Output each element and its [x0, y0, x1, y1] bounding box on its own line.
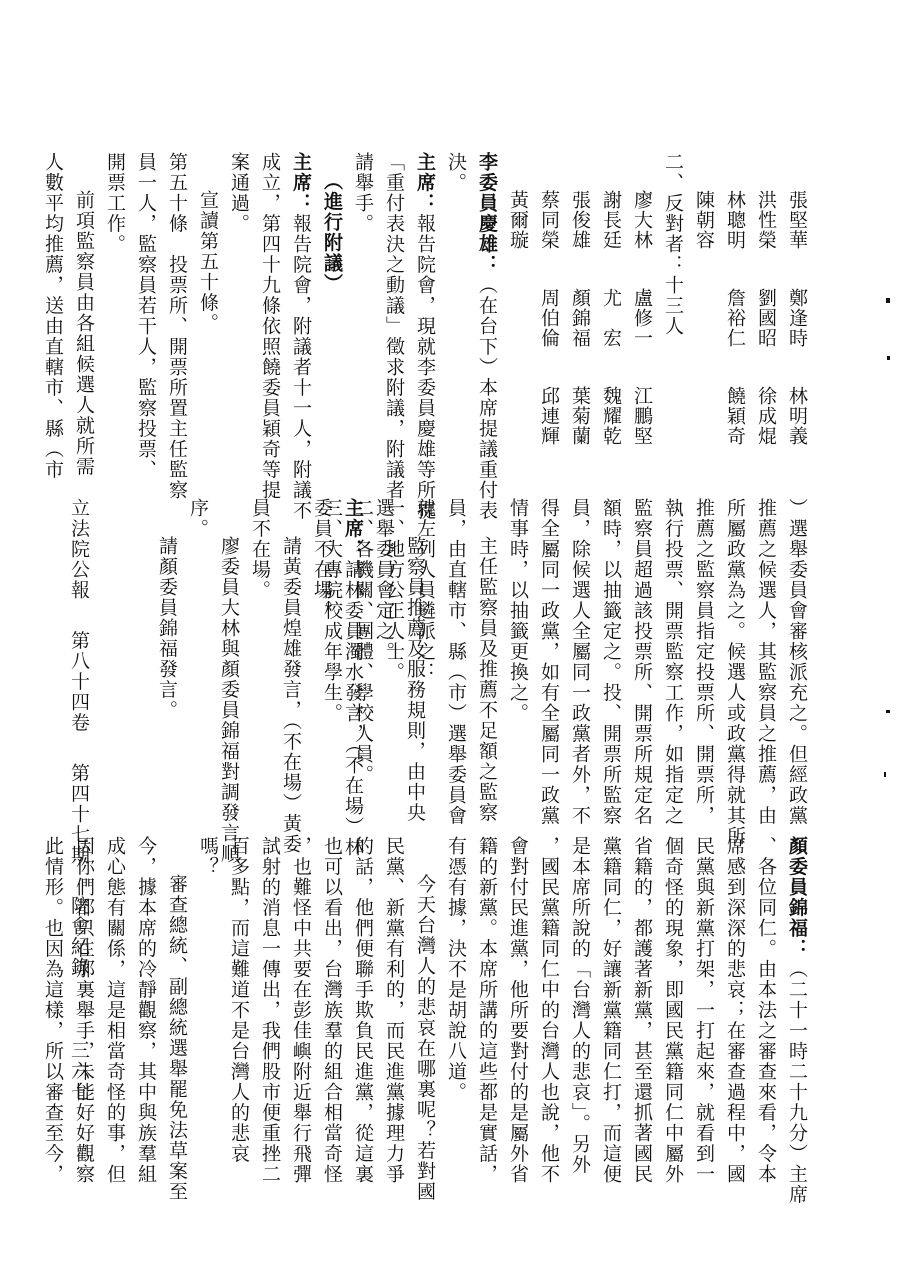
scan-speck — [886, 298, 890, 303]
scan-speck — [886, 710, 890, 713]
article-line: 開票工作。 — [99, 152, 130, 532]
article-line: 額時，以抽籤定之。投、開票所監察 — [595, 498, 626, 828]
article-line: 第五十條 投票所、開票所置主任監察 — [161, 152, 192, 532]
speech-line: 黨籍同仁，好讓新黨籍同仁打，而這便 — [595, 836, 626, 1216]
article-line: ）選舉委員會審核派充之。但經政黨 — [781, 498, 812, 828]
article-line: 監察員推薦及服務規則，由中央 — [399, 498, 430, 828]
speaker-label: 主席： — [290, 152, 312, 214]
scan-speck — [887, 356, 890, 360]
speech-line: ，也難怪中共要在彭佳嶼附近舉行飛彈 — [285, 836, 316, 1216]
page-footer: 立法院公報第八十四卷第四十七期院會紀錄 — [66, 498, 93, 978]
speech-line: 宣讀第五十條。 — [192, 152, 223, 532]
name-row: 蔡同榮周伯倫邱連輝 — [533, 152, 564, 532]
speech-line: 民黨與新黨打架，一打起來，就看到一 — [688, 836, 719, 1216]
speech-line: 序。 — [182, 498, 213, 828]
speech-line: 主席：報告院會，附議者十一人，附議不 — [285, 152, 316, 532]
article-line: 推薦之監察員指定投票所、開票所， — [688, 498, 719, 828]
name-row: 林聰明詹裕仁饒穎奇 — [719, 152, 750, 532]
speech-line: ，國民黨籍同仁中的台灣人也說，他不 — [533, 836, 564, 1216]
speech-line: 省籍的，都護著新黨，甚至還抓著國民 — [626, 836, 657, 1216]
speech-line: 決。 — [440, 152, 471, 532]
speech-line: 此情形。也因為這樣，所以審查至今， — [37, 836, 68, 1216]
speech-line: 委員不在場。 — [306, 498, 337, 828]
speech-line: 案通過。 — [223, 152, 254, 532]
speaker-label: 李委員慶雄： — [476, 152, 498, 275]
article-line: 前項監察員由各組候選人就所需 — [68, 152, 99, 532]
article-line: 員，由直轄市、縣（市）選舉委員會 — [440, 498, 471, 828]
name-row: 陳朝容 — [688, 152, 719, 532]
article-line: 員，除候選人全屬同一政黨者外，不 — [564, 498, 595, 828]
speech-line: 請舉手。 — [347, 152, 378, 532]
opponents-heading: 二、反對者：十三人 — [657, 152, 688, 532]
name-row: 黃爾璇 — [502, 152, 533, 532]
speech-line: 民黨、新黨有利的，而民進黨據理力爭 — [378, 836, 409, 1216]
speech-line: 百多點，而這難道不是台灣人的悲哀 — [223, 836, 254, 1216]
speech-line: 今，據本席的冷靜觀察，其中與族羣組 — [130, 836, 161, 1216]
speech-line: 員不在場。 — [244, 498, 275, 828]
speech-line: 會對付民進黨，他所要對付的是屬外省 — [502, 836, 533, 1216]
procedure-note: （進行附議） — [316, 152, 347, 532]
bottom-text-block: 顏委員錦福：（二十一時二十九分）主席 、各位同仁。由本法之審查來看，令本 席感到… — [37, 836, 812, 1216]
speech-line: 、各位同仁。由本法之審查來看，令本 — [750, 836, 781, 1216]
journal-name: 立法院公報 — [68, 498, 90, 601]
article-line: 人數平均推薦，送由直轄市、縣（市 — [37, 152, 68, 532]
article-line: 監察員超過該投票所、開票所規定名 — [626, 498, 657, 828]
speech-line: 也可以看出，台灣族羣的組合相當奇怪 — [316, 836, 347, 1216]
speech-line: 成立，第四十九條依照饒委員穎奇等提 — [254, 152, 285, 532]
article-line: 員一人，監察員若干人，監察投票、 — [130, 152, 161, 532]
article-line: 選舉委員會定之。 — [368, 498, 399, 828]
speech-line: 是本席所說的「台灣人的悲哀」。另外 — [564, 836, 595, 1216]
speaker-label: 顏委員錦福： — [786, 836, 808, 959]
speech-line: 請顏委員錦福發言。 — [151, 498, 182, 828]
name-row: 張堅華鄭逢時林明義 — [781, 152, 812, 532]
speech-line: 顏委員錦福：（二十一時二十九分）主席 — [781, 836, 812, 1216]
speech-line: 試射的消息一傳出，我們股市便重挫二 — [254, 836, 285, 1216]
speech-line: 李委員慶雄：（在台下）本席提議重付表 — [471, 152, 502, 532]
article-line: 執行投票、開票監察工作，如指定之 — [657, 498, 688, 828]
speech-line: 廖委員大林與顏委員錦福對調發言順 — [213, 498, 244, 828]
speech-line: 的話，他們便聯手欺負民進黨，從這裏 — [347, 836, 378, 1216]
speech-line: 主席：請林委員濁水發言，（不在場）林 — [337, 498, 368, 828]
page-number: 三六七 — [66, 1040, 93, 1103]
article-line: 推薦之候選人，其監察員之推薦，由 — [750, 498, 781, 828]
speech-line: 有憑有據，決不是胡說八道。 — [440, 836, 471, 1216]
speech-line: 審查總統、副總統選舉罷免法草案至 — [161, 836, 192, 1216]
top-text-block: 張堅華鄭逢時林明義 洪性榮劉國昭徐成焜 林聰明詹裕仁饒穎奇 陳朝容 二、反對者：… — [37, 152, 812, 532]
speech-line: 主席：報告院會，現就李委員慶雄等所提 — [409, 152, 440, 532]
article-line: 所屬政黨為之。候選人或政黨得就其所 — [719, 498, 750, 828]
speech-line: 嗎？ — [192, 836, 223, 1216]
name-row: 謝長廷尤 宏魏耀乾 — [595, 152, 626, 532]
article-line: 情事時，以抽籤更換之。 — [502, 498, 533, 828]
opponents-name-list: 廖大林盧修一江鵬堅 謝長廷尤 宏魏耀乾 張俊雄顏錦福葉菊蘭 蔡同榮周伯倫邱連輝 … — [502, 152, 657, 532]
name-row: 張俊雄顏錦福葉菊蘭 — [564, 152, 595, 532]
name-row: 廖大林盧修一江鵬堅 — [626, 152, 657, 532]
speaker-label: 主席： — [342, 498, 364, 560]
scan-speck — [884, 772, 886, 777]
speech-line: 今天台灣人的悲哀在哪裏呢？若對國 — [409, 836, 440, 1216]
name-row: 洪性榮劉國昭徐成焜 — [750, 152, 781, 532]
speech-line: 籍的新黨。本席所講的這些都是實話， — [471, 836, 502, 1216]
speech-line: 請黃委員煌雄發言，（不在場）黃委 — [275, 498, 306, 828]
volume-label: 第八十四卷 — [68, 631, 90, 734]
speaker-label: 主席： — [414, 152, 436, 214]
speech-line: 成心態有關係，這是相當奇怪的事，但 — [99, 836, 130, 1216]
speech-line: 「重付表決之動議」徵求附議，附議者 — [378, 152, 409, 532]
speech-line: 個奇怪的現象，即國民黨籍同仁中屬外 — [657, 836, 688, 1216]
supporters-name-list: 張堅華鄭逢時林明義 洪性榮劉國昭徐成焜 林聰明詹裕仁饒穎奇 陳朝容 — [688, 152, 812, 532]
article-line: 主任監察員及推薦不足額之監察 — [471, 498, 502, 828]
article-line: 得全屬同一政黨，如有全屬同一政黨 — [533, 498, 564, 828]
section-label: 院會紀錄 — [68, 896, 90, 978]
issue-label: 第四十七期 — [68, 763, 90, 866]
speech-line: 席感到深深的悲哀；在審查過程中，國 — [719, 836, 750, 1216]
mid-left-text-block: 監察員推薦及服務規則，由中央 選舉委員會定之。 主席：請林委員濁水發言，（不在場… — [151, 498, 430, 828]
